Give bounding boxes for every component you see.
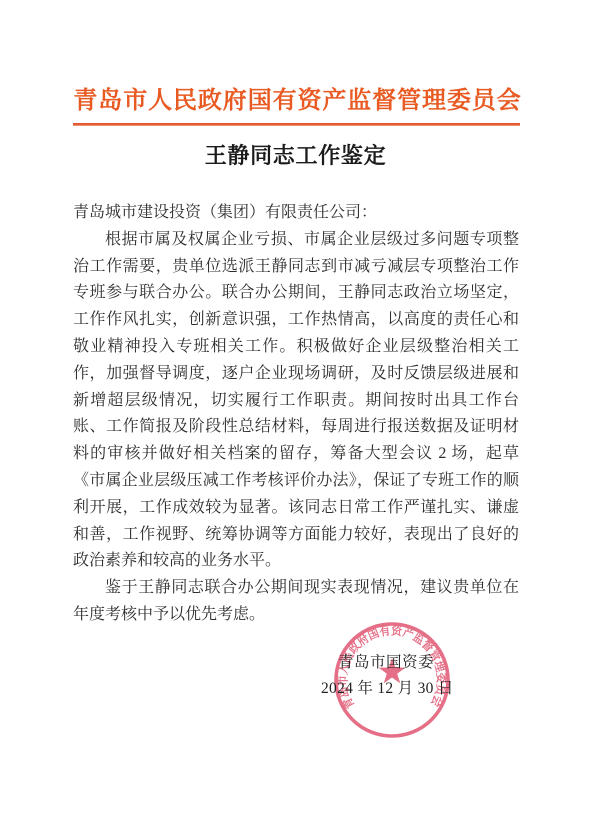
signature-date: 2024 年 12 月 30 日	[321, 676, 454, 698]
document-title: 王静同志工作鉴定	[0, 139, 591, 170]
salutation: 青岛城市建设投资（集团）有限责任公司：	[73, 200, 519, 227]
letterhead-divider	[73, 123, 520, 126]
letterhead-org-name: 青岛市人民政府国有资产监督管理委员会	[73, 80, 522, 115]
document-body: 青岛城市建设投资（集团）有限责任公司： 根据市属及权属企业亏损、市属企业层级过多…	[73, 200, 519, 629]
body-paragraph: 根据市属及权属企业亏损、市属企业层级过多问题专项整治工作需要，贵单位选派王静同志…	[73, 227, 519, 575]
body-paragraph: 鉴于王静同志联合办公期间现实表现情况，建议贵单位在年度考核中予以优先考虑。	[73, 575, 519, 629]
signature-org: 青岛市国资委	[338, 650, 434, 672]
document-page: 青岛市人民政府国有资产监督管理委员会 王静同志工作鉴定 青岛城市建设投资（集团）…	[0, 0, 591, 834]
